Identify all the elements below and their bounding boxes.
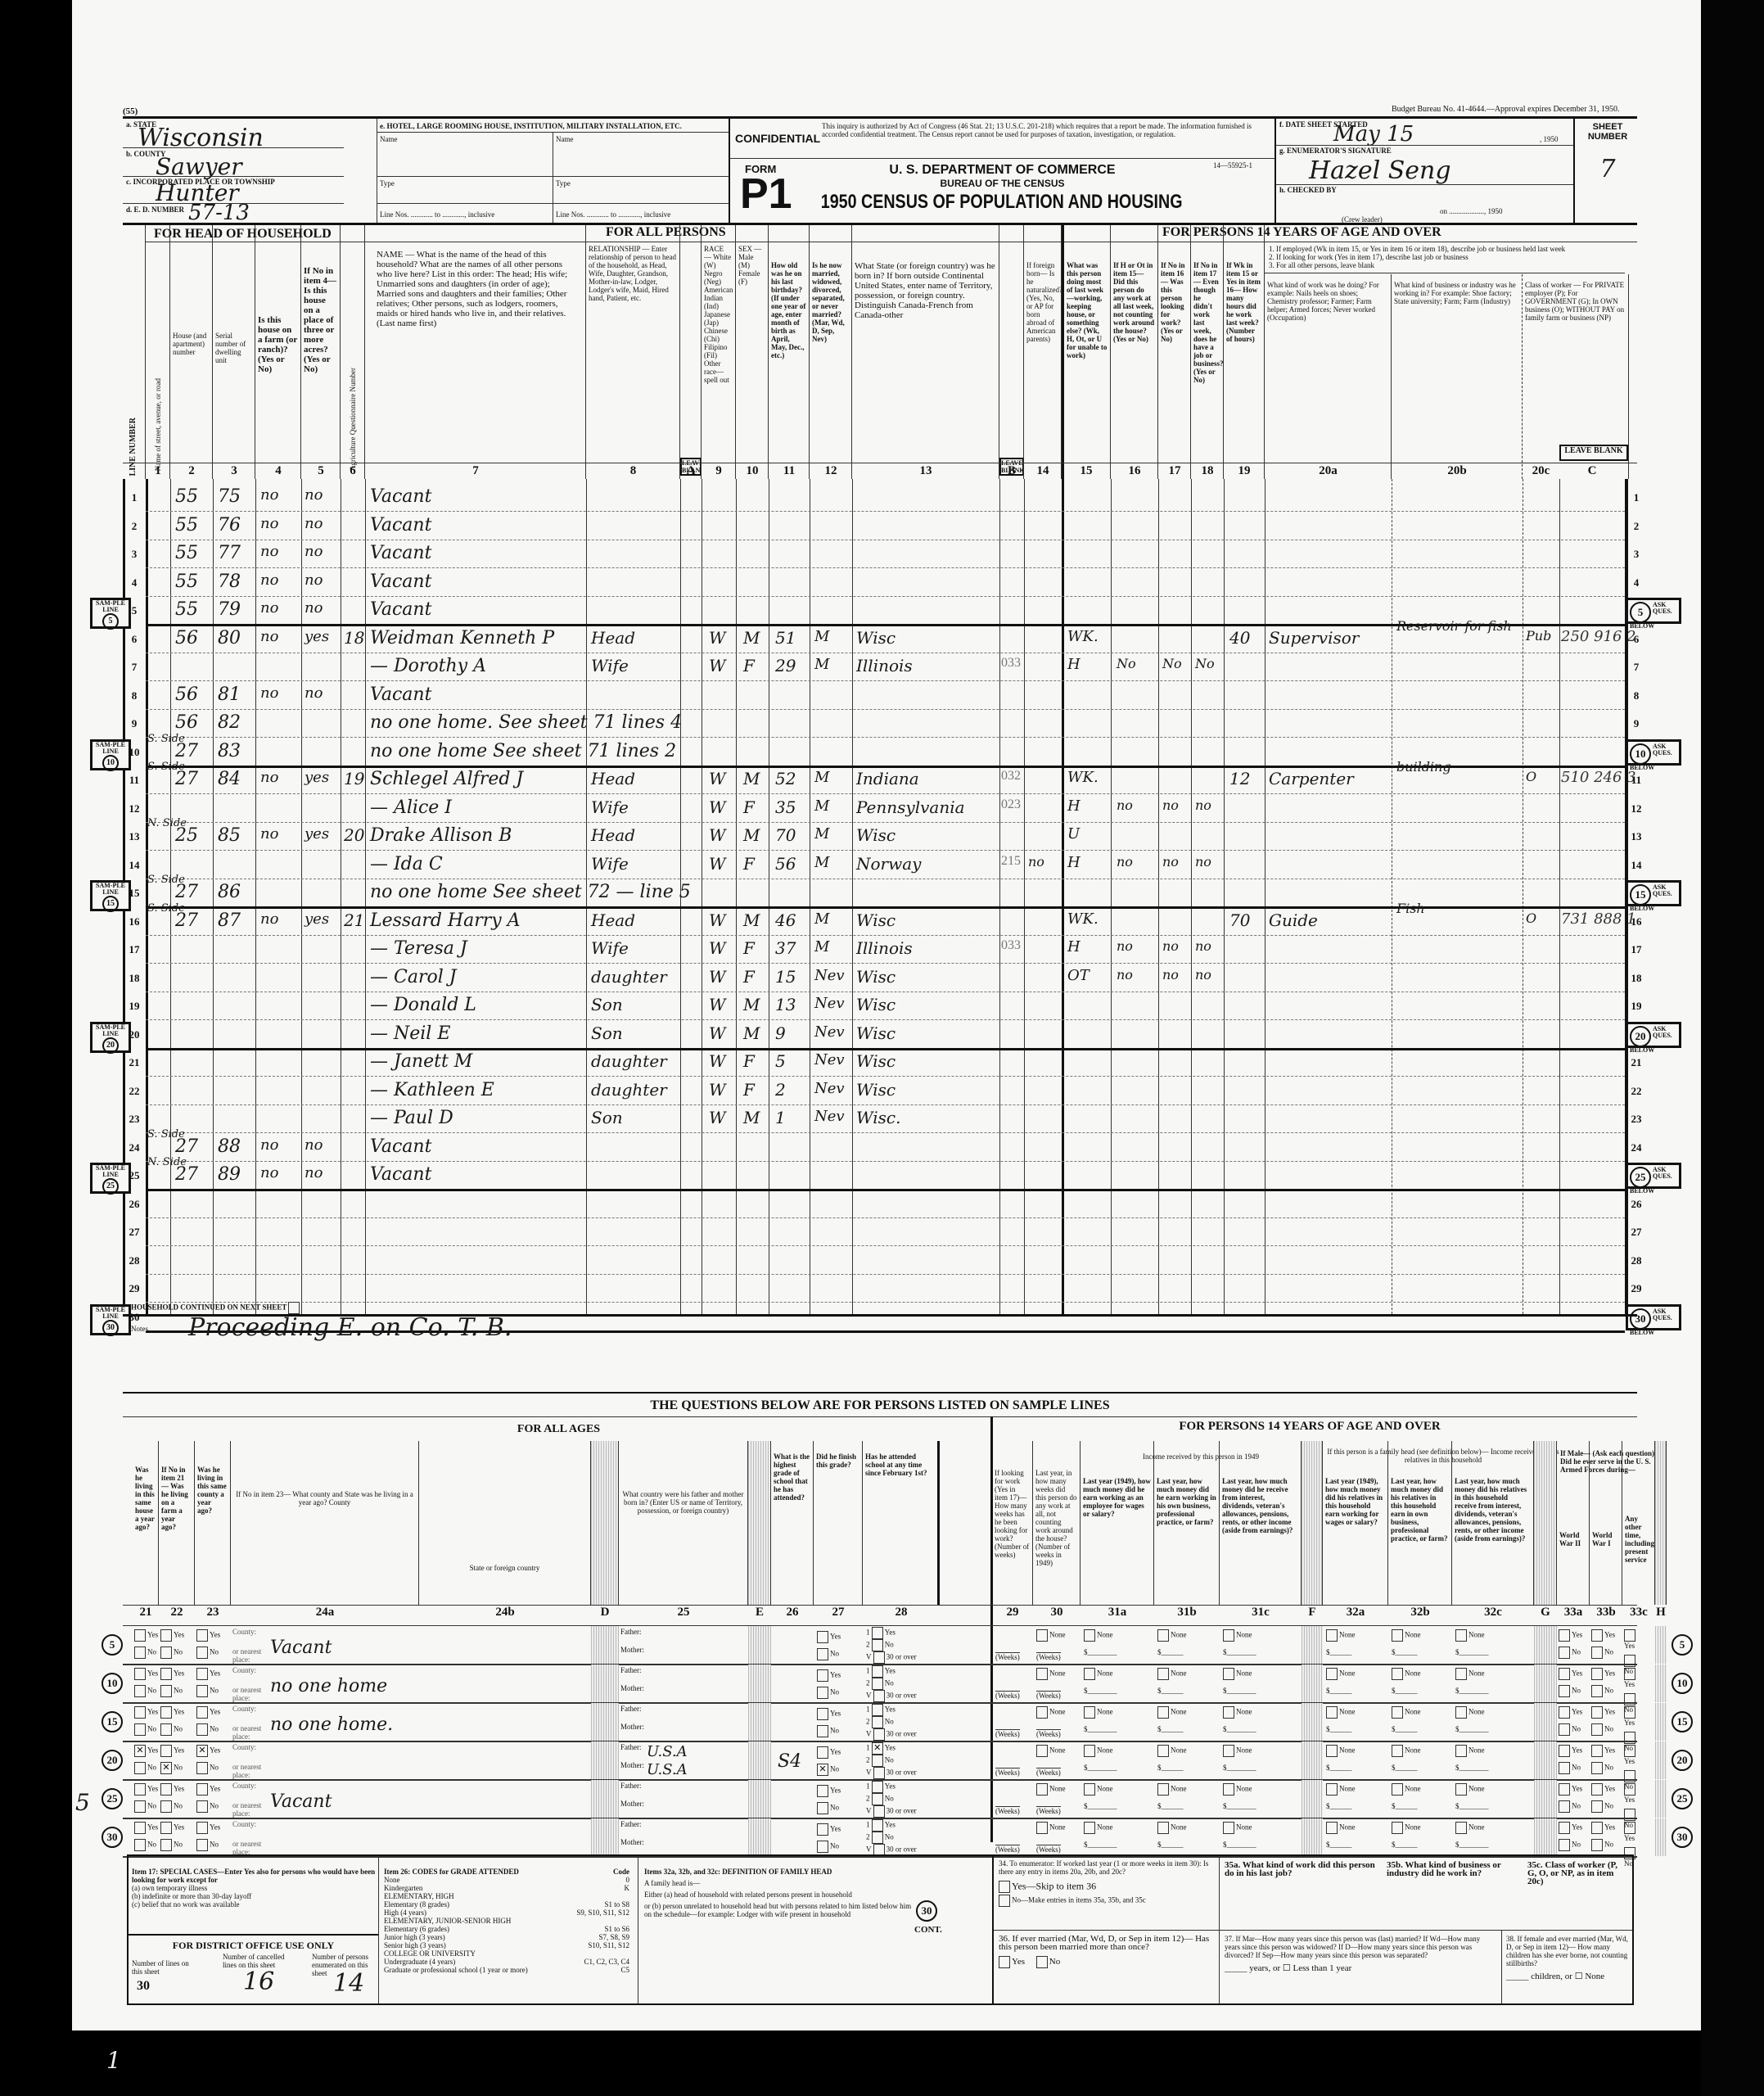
q33a-yes-checkbox[interactable]	[1559, 1745, 1570, 1757]
q22-yes-checkbox[interactable]	[160, 1629, 172, 1642]
q21-yes-checkbox[interactable]	[134, 1668, 146, 1680]
q23-no-checkbox[interactable]	[196, 1685, 208, 1697]
grade-code-row: ELEMENTARY, JUNIOR-SENIOR HIGH	[384, 1917, 629, 1925]
q31c-none-checkbox[interactable]	[1223, 1745, 1234, 1757]
q31c-none-checkbox[interactable]	[1223, 1783, 1234, 1796]
house-number-cell: 55	[175, 515, 198, 535]
father-birthplace: U.S.A	[647, 1743, 688, 1760]
q31a-amount[interactable]: $________	[1084, 1648, 1117, 1656]
q22-no-checkbox[interactable]	[160, 1723, 172, 1736]
q30-none-checkbox[interactable]	[1036, 1668, 1048, 1680]
mother-label: Mother:	[620, 1838, 644, 1846]
q22-yes-checkbox[interactable]	[160, 1822, 172, 1834]
q34-no-checkbox[interactable]	[999, 1895, 1010, 1907]
sex-cell: F	[743, 1080, 755, 1100]
house-number-cell: 56	[175, 628, 198, 648]
q31b-none-checkbox[interactable]	[1157, 1706, 1169, 1719]
age-cell: 35	[775, 797, 796, 817]
marital-cell: Nev	[814, 995, 845, 1012]
place-label: or nearest place:	[232, 1840, 265, 1856]
name-cell: Vacant	[370, 1164, 431, 1185]
q23-yes-checkbox[interactable]	[196, 1668, 208, 1680]
line-number: 12	[125, 802, 143, 815]
right-line-number: 1	[1627, 491, 1645, 504]
q21-yes-checkbox[interactable]	[134, 1629, 146, 1642]
q32c-amount[interactable]: $________	[1455, 1764, 1489, 1772]
q31a-none-checkbox[interactable]	[1084, 1668, 1095, 1680]
q23-yes-checkbox[interactable]	[196, 1629, 208, 1642]
looking-cell: No	[1162, 656, 1182, 671]
q21-no-checkbox[interactable]	[134, 1800, 146, 1813]
q28-no-checkbox[interactable]	[872, 1716, 883, 1728]
q22-yes-checkbox[interactable]	[160, 1668, 172, 1680]
relationship-cell: Head	[591, 825, 635, 845]
q23-no-checkbox[interactable]	[196, 1762, 208, 1774]
q36-yes-checkbox[interactable]	[999, 1956, 1010, 1968]
mother-label: Mother:	[620, 1684, 644, 1692]
q33b-no-checkbox[interactable]	[1591, 1839, 1603, 1851]
q27-yes-checkbox[interactable]	[817, 1823, 828, 1836]
serial-number-cell: 81	[218, 684, 241, 705]
q32b-none-checkbox[interactable]	[1392, 1822, 1403, 1834]
q27-no-checkbox[interactable]	[817, 1802, 828, 1814]
q28-30-over-checkbox[interactable]	[873, 1728, 885, 1741]
line-number: 2	[125, 520, 143, 533]
household-continued-checkbox[interactable]	[288, 1302, 300, 1314]
grade-code-row: Undergraduate (4 years)C1, C2, C3, C4	[384, 1958, 629, 1966]
q31c-none-checkbox[interactable]	[1223, 1629, 1234, 1642]
q23: YesNo	[196, 1629, 220, 1659]
q31b-amount[interactable]: $______	[1157, 1802, 1187, 1810]
grade-code-row: COLLEGE OR UNIVERSITY	[384, 1949, 629, 1958]
q33b-yes-checkbox[interactable]	[1591, 1822, 1603, 1834]
table-row: 14 — Ida C Wife W F 56 M Norway 215 no H…	[123, 851, 1637, 879]
right-line-number: 2	[1627, 520, 1645, 533]
right-line-number: 6	[1627, 633, 1645, 646]
q32b-none-checkbox[interactable]	[1392, 1668, 1403, 1680]
marital-cell: Nev	[814, 1051, 845, 1068]
agri-number-cell: 18	[344, 628, 364, 648]
code-c-cell: 510 246 3	[1561, 769, 1636, 786]
scol-g	[1534, 1441, 1557, 1605]
q32b-amount[interactable]: $______	[1392, 1764, 1421, 1772]
q32b-amount[interactable]: $______	[1392, 1648, 1421, 1656]
col-10: SEX — Male (M) Female (F)	[736, 225, 769, 479]
q23-no-checkbox[interactable]	[196, 1723, 208, 1736]
house-number-cell: 27	[175, 1136, 198, 1157]
right-line-number: 7	[1627, 661, 1645, 674]
q28-yes-checkbox[interactable]	[872, 1665, 883, 1678]
q33b-yes-checkbox[interactable]	[1591, 1745, 1603, 1757]
q28-no-checkbox[interactable]	[872, 1678, 883, 1690]
q22-no-checkbox[interactable]	[160, 1685, 172, 1697]
household-continued: HOUSEHOLD CONTINUED ON NEXT SHEET	[131, 1302, 301, 1314]
q33b-yes-checkbox[interactable]	[1591, 1668, 1603, 1680]
q32a-none-checkbox[interactable]	[1326, 1783, 1338, 1796]
q33c-yes-checkbox[interactable]	[1624, 1668, 1635, 1680]
q32b-none-checkbox[interactable]	[1392, 1745, 1403, 1757]
q28-no-checkbox[interactable]	[872, 1639, 883, 1651]
race-cell: W	[709, 910, 726, 930]
age-cell: 46	[775, 910, 796, 930]
q31c-amount[interactable]: $________	[1223, 1648, 1256, 1656]
q21-yes-checkbox[interactable]	[134, 1822, 146, 1834]
q27-no-checkbox[interactable]	[817, 1687, 828, 1699]
birthplace-cell: Wisc	[856, 910, 896, 930]
q32b-amount[interactable]: $______	[1392, 1687, 1421, 1695]
q32c-amount[interactable]: $________	[1455, 1802, 1489, 1810]
q32c-none-checkbox[interactable]	[1455, 1822, 1467, 1834]
q30-none-checkbox[interactable]	[1036, 1745, 1048, 1757]
q36-no-checkbox[interactable]	[1036, 1956, 1048, 1968]
table-row: 22 — Kathleen E daughter W F 2 Nev Wisc	[123, 1077, 1637, 1105]
serial-number-cell: 87	[218, 910, 241, 931]
acres-cell: yes	[305, 825, 329, 842]
q28-yes-checkbox[interactable]: ✕	[872, 1742, 883, 1755]
q31c-amount[interactable]: $________	[1223, 1764, 1256, 1772]
q22-no-checkbox[interactable]: ✕	[160, 1762, 172, 1774]
q23-yes-checkbox[interactable]	[196, 1822, 208, 1834]
col-2: House (and apartment) number	[170, 225, 213, 479]
q31c-none-checkbox[interactable]	[1223, 1706, 1234, 1719]
q21-no-checkbox[interactable]	[134, 1647, 146, 1659]
q33b-no-checkbox[interactable]	[1591, 1800, 1603, 1813]
q31c-amount[interactable]: $________	[1223, 1802, 1256, 1810]
q32c-none-checkbox[interactable]	[1455, 1706, 1467, 1719]
q27-yes-checkbox[interactable]	[817, 1746, 828, 1759]
q28-yes-checkbox[interactable]	[872, 1781, 883, 1793]
sample-header: Was he living in this same house a year …	[123, 1441, 1637, 1605]
location-block: a. STATE Wisconsin b. COUNTY Sawyer c. I…	[123, 119, 730, 224]
acres-cell: no	[305, 515, 323, 532]
q32b-amount[interactable]: $______	[1392, 1802, 1421, 1810]
q32c-none-checkbox[interactable]	[1455, 1783, 1467, 1796]
grade-code-row: None0	[384, 1876, 629, 1884]
q28-30-over-checkbox[interactable]	[873, 1690, 885, 1702]
q31a-amount[interactable]: $________	[1084, 1802, 1117, 1810]
q32a-amount[interactable]: $______	[1326, 1841, 1356, 1849]
marital-cell: M	[814, 656, 829, 673]
enumerator-label: g. ENUMERATOR'S SIGNATURE	[1279, 147, 1392, 155]
q21-yes-checkbox[interactable]	[134, 1706, 146, 1719]
q32a-amount[interactable]: $______	[1326, 1648, 1356, 1656]
line-number: 4	[125, 576, 143, 589]
q28-30-over-checkbox[interactable]	[873, 1767, 885, 1779]
county-label: County:	[232, 1705, 256, 1713]
q22-yes-checkbox[interactable]	[160, 1783, 172, 1796]
relationship-cell: Head	[591, 769, 635, 788]
q32b-amount[interactable]: $______	[1392, 1841, 1421, 1849]
relationship-cell: daughter	[591, 1080, 667, 1100]
q33b-no-checkbox[interactable]	[1591, 1762, 1603, 1774]
relationship-cell: daughter	[591, 1051, 667, 1071]
relationship-cell: Head	[591, 628, 635, 648]
table-row: 2 55 76 no no Vacant	[123, 512, 1637, 540]
q21-yes-checkbox[interactable]	[134, 1783, 146, 1796]
q31a-none-checkbox[interactable]	[1084, 1783, 1095, 1796]
q33a-yes-checkbox[interactable]	[1559, 1822, 1570, 1834]
ed-value: 57-13	[188, 201, 250, 225]
q32c-none-checkbox[interactable]	[1455, 1745, 1467, 1757]
q28-30-over-checkbox[interactable]	[873, 1805, 885, 1818]
q32a-amount[interactable]: $______	[1326, 1802, 1356, 1810]
persons-value: 14	[333, 1969, 364, 1998]
q23-no-checkbox[interactable]	[196, 1800, 208, 1813]
table-row: 25 N. Side 27 89 no no Vacant	[123, 1161, 1637, 1190]
age-cell: 51	[775, 628, 796, 648]
q27-no-checkbox[interactable]: ✕	[817, 1764, 828, 1776]
bottom-mark: 1	[106, 2047, 121, 2074]
q33c-yes-checkbox[interactable]	[1624, 1745, 1635, 1757]
q33c-yes-checkbox[interactable]	[1624, 1783, 1635, 1796]
q28-yes-checkbox[interactable]	[872, 1704, 883, 1716]
q21-no-checkbox[interactable]	[134, 1685, 146, 1697]
q32a-amount[interactable]: $______	[1326, 1725, 1356, 1733]
serial-number-cell: 78	[218, 571, 241, 592]
scol-33a: World War II	[1557, 1441, 1590, 1605]
q34-yes-checkbox[interactable]	[999, 1881, 1010, 1893]
scol-33c: Any other time, including present servic…	[1622, 1441, 1655, 1605]
q27: YesNo	[817, 1823, 841, 1853]
q22-yes-checkbox[interactable]	[160, 1745, 172, 1757]
marital-cell: M	[814, 797, 829, 815]
q27-no-checkbox[interactable]	[817, 1725, 828, 1737]
q32b-amount[interactable]: $______	[1392, 1725, 1421, 1733]
q33a-yes-checkbox[interactable]	[1559, 1668, 1570, 1680]
q27-yes-checkbox[interactable]	[817, 1631, 828, 1643]
q31b-none-checkbox[interactable]	[1157, 1745, 1169, 1757]
q33a-no-checkbox[interactable]	[1559, 1800, 1570, 1813]
sample-row: 10 YesNo YesNo YesNo County: or nearest …	[123, 1665, 1637, 1704]
q32a-amount[interactable]: $______	[1326, 1687, 1356, 1695]
house-number-cell: 55	[175, 543, 198, 563]
house-number-cell: 55	[175, 599, 198, 620]
q33a-yes-checkbox[interactable]	[1559, 1783, 1570, 1796]
q28-no-checkbox[interactable]	[872, 1832, 883, 1844]
q31a-none-checkbox[interactable]	[1084, 1745, 1095, 1757]
q31b-none-checkbox[interactable]	[1157, 1629, 1169, 1642]
cancelled-value: 16	[243, 1967, 274, 1996]
q31c-amount[interactable]: $________	[1223, 1725, 1256, 1733]
q23-yes-checkbox[interactable]	[196, 1706, 208, 1719]
table-row: 7 — Dorothy A Wife W F 29 M Illinois 033…	[123, 653, 1637, 681]
q30-none-checkbox[interactable]	[1036, 1822, 1048, 1834]
q32a-none-checkbox[interactable]	[1326, 1668, 1338, 1680]
scol-30: Last year, in how many weeks did this pe…	[1033, 1441, 1081, 1605]
q30-none-checkbox[interactable]	[1036, 1706, 1048, 1719]
q23-yes-checkbox[interactable]: ✕	[196, 1745, 208, 1757]
q31b-none-checkbox[interactable]	[1157, 1822, 1169, 1834]
q21-no-checkbox[interactable]	[134, 1723, 146, 1736]
table-row: 1 55 75 no no Vacant	[123, 483, 1637, 512]
weeks-worked: (Weeks)	[1036, 1691, 1061, 1700]
q22: YesNo	[160, 1706, 184, 1736]
q22: YesNo	[160, 1783, 184, 1813]
q23-yes-checkbox[interactable]	[196, 1783, 208, 1796]
grade-code-row: High (4 years)S9, S10, S11, S12	[384, 1909, 629, 1917]
q21: YesNo	[134, 1783, 158, 1813]
mother-label: Mother:	[620, 1646, 644, 1654]
q27-yes-checkbox[interactable]	[817, 1708, 828, 1720]
q21-no-checkbox[interactable]	[134, 1762, 146, 1774]
q31b-amount[interactable]: $______	[1157, 1725, 1187, 1733]
q32a-none-checkbox[interactable]	[1326, 1629, 1338, 1642]
q33c-yes-checkbox[interactable]	[1624, 1629, 1635, 1642]
q31c-none-checkbox[interactable]	[1223, 1822, 1234, 1834]
q33b-yes-checkbox[interactable]	[1591, 1706, 1603, 1719]
farm-cell: no	[260, 684, 278, 702]
q28: 1 Yes2 NoV 30 or over	[866, 1627, 917, 1664]
q32b-none-checkbox[interactable]	[1392, 1783, 1403, 1796]
q33b-yes-checkbox[interactable]	[1591, 1629, 1603, 1642]
right-line-number: 3	[1627, 548, 1645, 561]
notes-text: Proceeding E. on Co. T. B.	[188, 1313, 512, 1342]
right-line-number: 29	[1627, 1282, 1645, 1295]
q22-no-checkbox[interactable]	[160, 1647, 172, 1659]
q21-yes-checkbox[interactable]: ✕	[134, 1745, 146, 1757]
q31b-amount[interactable]: $______	[1157, 1764, 1187, 1772]
sample-line-circle: 15	[1630, 884, 1651, 906]
birthplace-cell: Indiana	[856, 769, 919, 788]
q33c-yes-checkbox[interactable]	[1624, 1822, 1635, 1834]
acres-cell: no	[305, 571, 323, 589]
q31b-amount[interactable]: $______	[1157, 1841, 1187, 1849]
q32c-none-checkbox[interactable]	[1455, 1629, 1467, 1642]
table-row: 4 55 78 no no Vacant	[123, 568, 1637, 597]
place-label: or nearest place:	[232, 1724, 265, 1741]
scol-33b: World War I	[1590, 1441, 1622, 1605]
right-line-number: 9	[1627, 717, 1645, 730]
q32c-none-checkbox[interactable]	[1455, 1668, 1467, 1680]
q33a-no-checkbox[interactable]	[1559, 1839, 1570, 1851]
q32c-amount[interactable]: $________	[1455, 1687, 1489, 1695]
q33c-yes-checkbox[interactable]	[1624, 1706, 1635, 1719]
q28-30-over-checkbox[interactable]	[873, 1651, 885, 1664]
q33b-no-checkbox[interactable]	[1591, 1647, 1603, 1659]
q28-yes-checkbox[interactable]	[872, 1819, 883, 1832]
q32a-none-checkbox[interactable]	[1326, 1706, 1338, 1719]
q33a-no-checkbox[interactable]	[1559, 1723, 1570, 1736]
q31c-amount[interactable]: $________	[1223, 1687, 1256, 1695]
col-20a: What kind of work was he doing? For exam…	[1265, 274, 1392, 479]
cont-label: CONT.	[914, 1925, 942, 1935]
sex-cell: F	[743, 938, 755, 958]
q27-yes-checkbox[interactable]	[817, 1785, 828, 1797]
q32a-none-checkbox[interactable]	[1326, 1745, 1338, 1757]
q33a-yes-checkbox[interactable]	[1559, 1629, 1570, 1642]
weeks-looking: (Weeks)	[995, 1691, 1020, 1700]
col-18: If No in item 17— Even though he didn't …	[1191, 225, 1224, 479]
q33b-no-checkbox[interactable]	[1591, 1685, 1603, 1697]
father-label: Father:	[620, 1705, 642, 1713]
q31a-amount[interactable]: $________	[1084, 1764, 1117, 1772]
occupation-cell: Carpenter	[1269, 769, 1354, 788]
q27-yes-checkbox[interactable]	[817, 1669, 828, 1682]
q32c-amount[interactable]: $________	[1455, 1725, 1489, 1733]
name-cell: — Kathleen E	[370, 1080, 494, 1100]
q27-no-checkbox[interactable]	[817, 1648, 828, 1660]
q21-no-checkbox[interactable]	[134, 1839, 146, 1851]
q23-no-checkbox[interactable]	[196, 1647, 208, 1659]
q23-no-checkbox[interactable]	[196, 1839, 208, 1851]
line-number: 24	[125, 1141, 143, 1154]
q33a-no-checkbox[interactable]	[1559, 1685, 1570, 1697]
q32a-amount[interactable]: $______	[1326, 1764, 1356, 1772]
grade-code-row: KindergartenK	[384, 1884, 629, 1892]
q32b-none-checkbox[interactable]	[1392, 1706, 1403, 1719]
q31c-none-checkbox[interactable]	[1223, 1668, 1234, 1680]
q22-no-checkbox[interactable]	[160, 1839, 172, 1851]
q27-no-checkbox[interactable]	[817, 1841, 828, 1853]
q34: 34. To enumerator: If worked last year (…	[999, 1859, 1211, 1907]
father-label: Father:	[620, 1628, 642, 1636]
house-number-cell: 27	[175, 882, 198, 902]
q31a-none-checkbox[interactable]	[1084, 1706, 1095, 1719]
name-cell: Drake Allison B	[370, 825, 512, 846]
q31b-amount[interactable]: $______	[1157, 1648, 1187, 1656]
q27: YesNo	[817, 1785, 841, 1814]
q28-no-checkbox[interactable]	[872, 1755, 883, 1767]
scol-29: If looking for work (Yes in item 17)— Ho…	[992, 1441, 1033, 1605]
grade-code-row: Graduate or professional school (1 year …	[384, 1966, 629, 1974]
right-line-number: 11	[1627, 774, 1645, 787]
q22-no-checkbox[interactable]	[160, 1800, 172, 1813]
q28-no-checkbox[interactable]	[872, 1793, 883, 1805]
weeks-worked: (Weeks)	[1036, 1768, 1061, 1777]
marital-cell: M	[814, 769, 829, 786]
q31a-amount[interactable]: $________	[1084, 1725, 1117, 1733]
right-line-number: 22	[1627, 1085, 1645, 1098]
q31b-none-checkbox[interactable]	[1157, 1668, 1169, 1680]
q32c-amount[interactable]: $________	[1455, 1648, 1489, 1656]
industry-cell: building	[1396, 761, 1519, 774]
activity-cell: H	[1067, 656, 1081, 673]
q33b-no-checkbox[interactable]	[1591, 1723, 1603, 1736]
q31a-amount[interactable]: $________	[1084, 1687, 1117, 1695]
q31b-none-checkbox[interactable]	[1157, 1783, 1169, 1796]
serial-number-cell: 77	[218, 543, 241, 563]
grade-value: S4	[778, 1751, 801, 1772]
q22-yes-checkbox[interactable]	[160, 1706, 172, 1719]
q33a-no-checkbox[interactable]	[1559, 1762, 1570, 1774]
q22: YesNo	[160, 1629, 184, 1659]
birthplace-cell: Wisc	[856, 628, 896, 648]
scol-f	[1302, 1441, 1323, 1605]
q31a-none-checkbox[interactable]	[1084, 1822, 1095, 1834]
q31c-amount[interactable]: $________	[1223, 1841, 1256, 1849]
q31a-none-checkbox[interactable]	[1084, 1629, 1095, 1642]
q32a-none-checkbox[interactable]	[1326, 1822, 1338, 1834]
q27: YesNo	[817, 1669, 841, 1699]
q30-none-checkbox[interactable]	[1036, 1783, 1048, 1796]
has-job-cell: no	[1195, 854, 1211, 870]
father-label: Father:	[620, 1666, 642, 1674]
q32c-amount[interactable]: $________	[1455, 1841, 1489, 1849]
q32b-none-checkbox[interactable]	[1392, 1629, 1403, 1642]
q31b-amount[interactable]: $______	[1157, 1687, 1187, 1695]
scol-h	[1655, 1441, 1667, 1605]
q30-none-checkbox[interactable]	[1036, 1629, 1048, 1642]
sample-place-value: no one home	[270, 1676, 387, 1696]
ask-questions-below-20: 20ASK QUES. BELOW	[1626, 1022, 1681, 1048]
q33a-yes-checkbox[interactable]	[1559, 1706, 1570, 1719]
sex-cell: M	[743, 995, 760, 1014]
farm-cell: no	[260, 910, 278, 928]
q31a-amount[interactable]: $________	[1084, 1841, 1117, 1849]
q28-yes-checkbox[interactable]	[872, 1627, 883, 1639]
q33a-no-checkbox[interactable]	[1559, 1647, 1570, 1659]
q33b-yes-checkbox[interactable]	[1591, 1783, 1603, 1796]
